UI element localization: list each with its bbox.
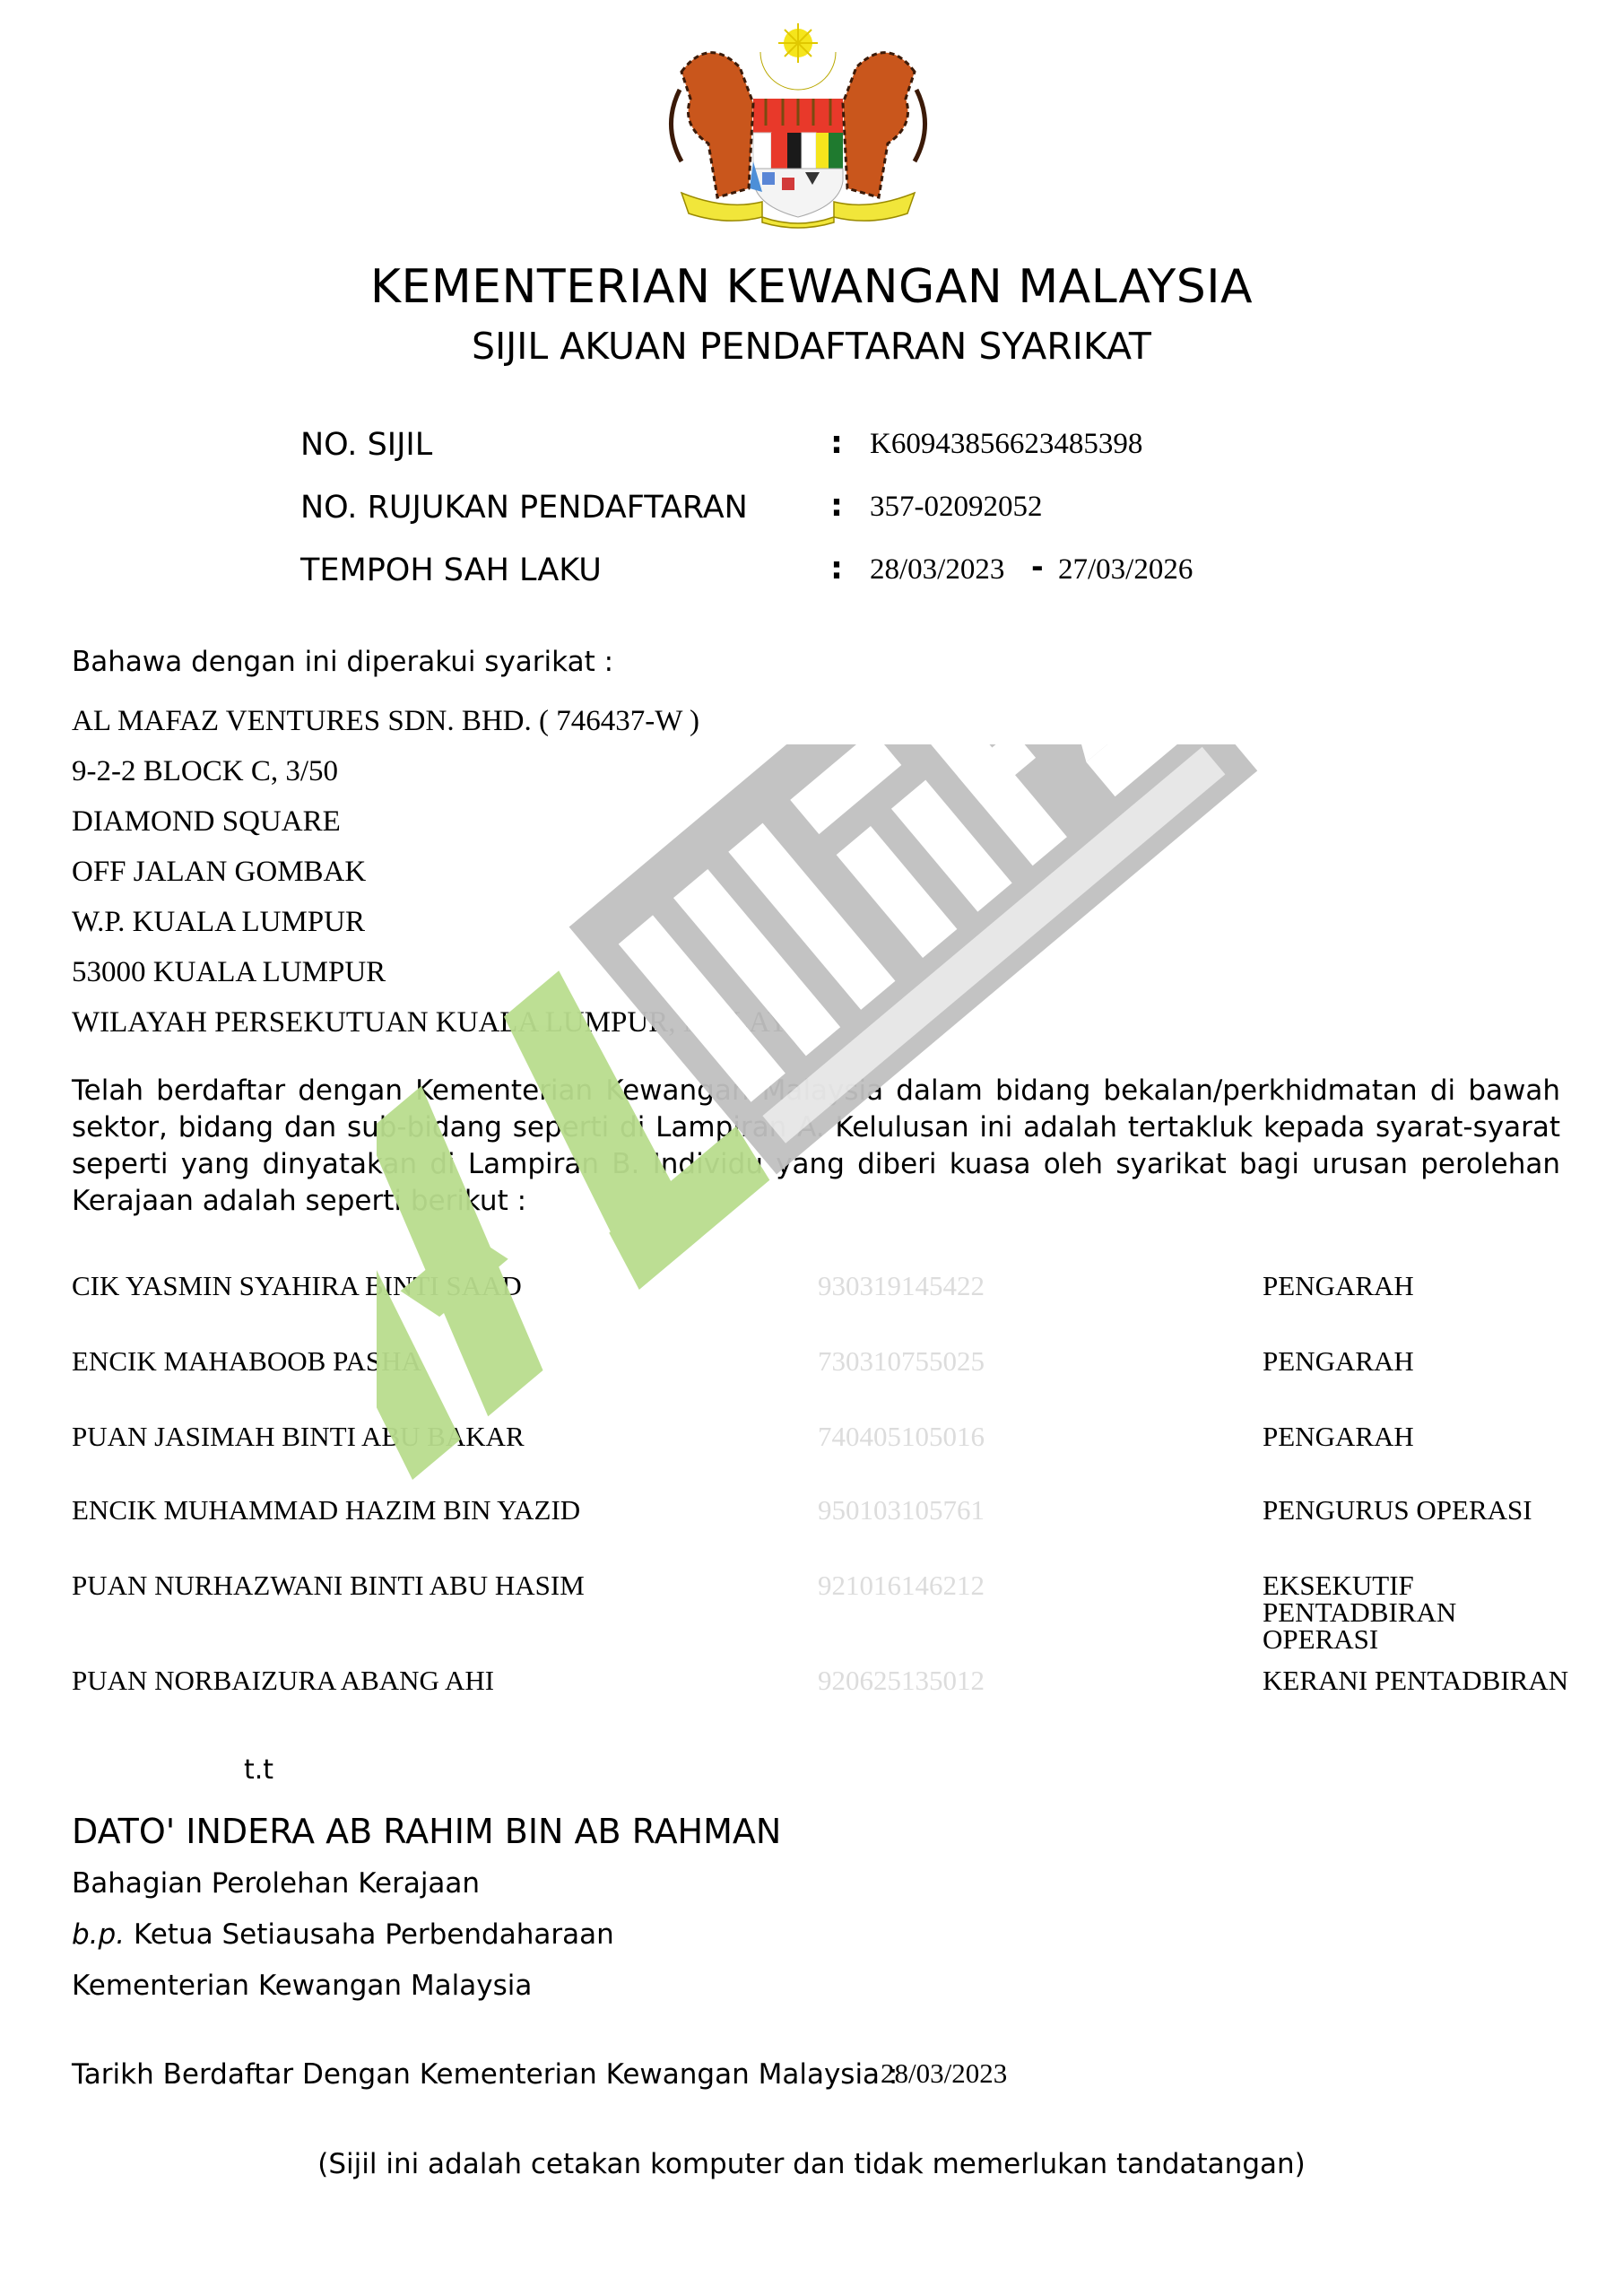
person-name: ENCIK MUHAMMAD HAZIM BIN YAZID <box>72 1494 580 1526</box>
signatory-ministry: Kementerian Kewangan Malaysia <box>72 1970 532 2002</box>
meta-colon: : <box>830 488 843 524</box>
registration-reference-number: 357-02092052 <box>870 491 1043 524</box>
address-line: OFF JALAN GOMBAK <box>72 856 366 889</box>
meta-label-reference-no: NO. RUJUKAN PENDAFTARAN <box>300 490 748 526</box>
meta-colon: : <box>830 425 843 461</box>
person-position: PENGURUS OPERASI <box>1263 1497 1532 1524</box>
signatory-division: Bahagian Perolehan Kerajaan <box>72 1867 480 1900</box>
registration-date-label: Tarikh Berdaftar Dengan Kementerian Kewa… <box>72 2058 898 2091</box>
address-line: WILAYAH PERSEKUTUAN KUALA LUMPUR, MALAYS… <box>72 1006 837 1039</box>
person-name: ENCIK MAHABOOB PASHA <box>72 1345 421 1378</box>
address-line: 53000 KUALA LUMPUR <box>72 956 386 989</box>
person-ic-number: 920625135012 <box>818 1665 985 1697</box>
computer-generated-note: (Sijil ini adalah cetakan komputer dan t… <box>0 2148 1623 2180</box>
person-name: PUAN NORBAIZURA ABANG AHI <box>72 1665 494 1697</box>
person-position: EKSEKUTIF <box>1263 1572 1414 1599</box>
person-ic-number: 950103105761 <box>818 1494 985 1526</box>
person-ic-number: 930319145422 <box>818 1270 985 1302</box>
person-position: PENGARAH <box>1263 1273 1414 1300</box>
person-name: PUAN NURHAZWANI BINTI ABU HASIM <box>72 1570 585 1602</box>
meta-label-validity: TEMPOH SAH LAKU <box>300 552 602 588</box>
on-behalf-of: Ketua Setiausaha Perbendaharaan <box>134 1918 614 1951</box>
company-name: AL MAFAZ VENTURES SDN. BHD. ( 746437-W ) <box>72 705 699 738</box>
meta-colon: : <box>830 551 843 587</box>
tt-mark: t.t <box>244 1754 273 1786</box>
registration-statement: Telah berdaftar dengan Kementerian Kewan… <box>72 1073 1560 1220</box>
certificate-number: K60943856623485398 <box>870 428 1142 461</box>
person-position: OPERASI <box>1263 1626 1378 1653</box>
person-position: KERANI PENTADBIRAN <box>1263 1667 1568 1694</box>
validity-separator: - <box>1031 549 1044 584</box>
signatory-on-behalf: b.p. Ketua Setiausaha Perbendaharaan <box>72 1918 614 1951</box>
person-ic-number: 730310755025 <box>818 1345 985 1378</box>
address-line: 9-2-2 BLOCK C, 3/50 <box>72 755 338 788</box>
person-ic-number: 921016146212 <box>818 1570 985 1602</box>
meta-label-cert-no: NO. SIJIL <box>300 427 432 463</box>
address-line: DIAMOND SQUARE <box>72 805 341 839</box>
person-position: PENTADBIRAN <box>1263 1599 1456 1626</box>
validity-start-date: 28/03/2023 <box>870 553 1004 587</box>
registration-date: 28/03/2023 <box>881 2057 1007 2090</box>
person-position: PENGARAH <box>1263 1348 1414 1375</box>
address-line: W.P. KUALA LUMPUR <box>72 906 365 939</box>
signatory-name: DATO' INDERA AB RAHIM BIN AB RAHMAN <box>72 1812 781 1851</box>
person-name: CIK YASMIN SYAHIRA BINTI SAAD <box>72 1270 522 1302</box>
person-ic-number: 740405105016 <box>818 1421 985 1453</box>
person-position: PENGARAH <box>1263 1423 1414 1450</box>
certification-intro: Bahawa dengan ini diperakui syarikat : <box>72 646 613 678</box>
validity-end-date: 27/03/2026 <box>1058 553 1193 587</box>
certificate-title: SIJIL AKUAN PENDAFTARAN SYARIKAT <box>0 325 1623 368</box>
bp-prefix: b.p. <box>72 1918 125 1951</box>
ministry-title: KEMENTERIAN KEWANGAN MALAYSIA <box>0 260 1623 314</box>
malaysia-coat-of-arms-icon <box>655 18 942 233</box>
person-name: PUAN JASIMAH BINTI ABU BAKAR <box>72 1421 525 1453</box>
